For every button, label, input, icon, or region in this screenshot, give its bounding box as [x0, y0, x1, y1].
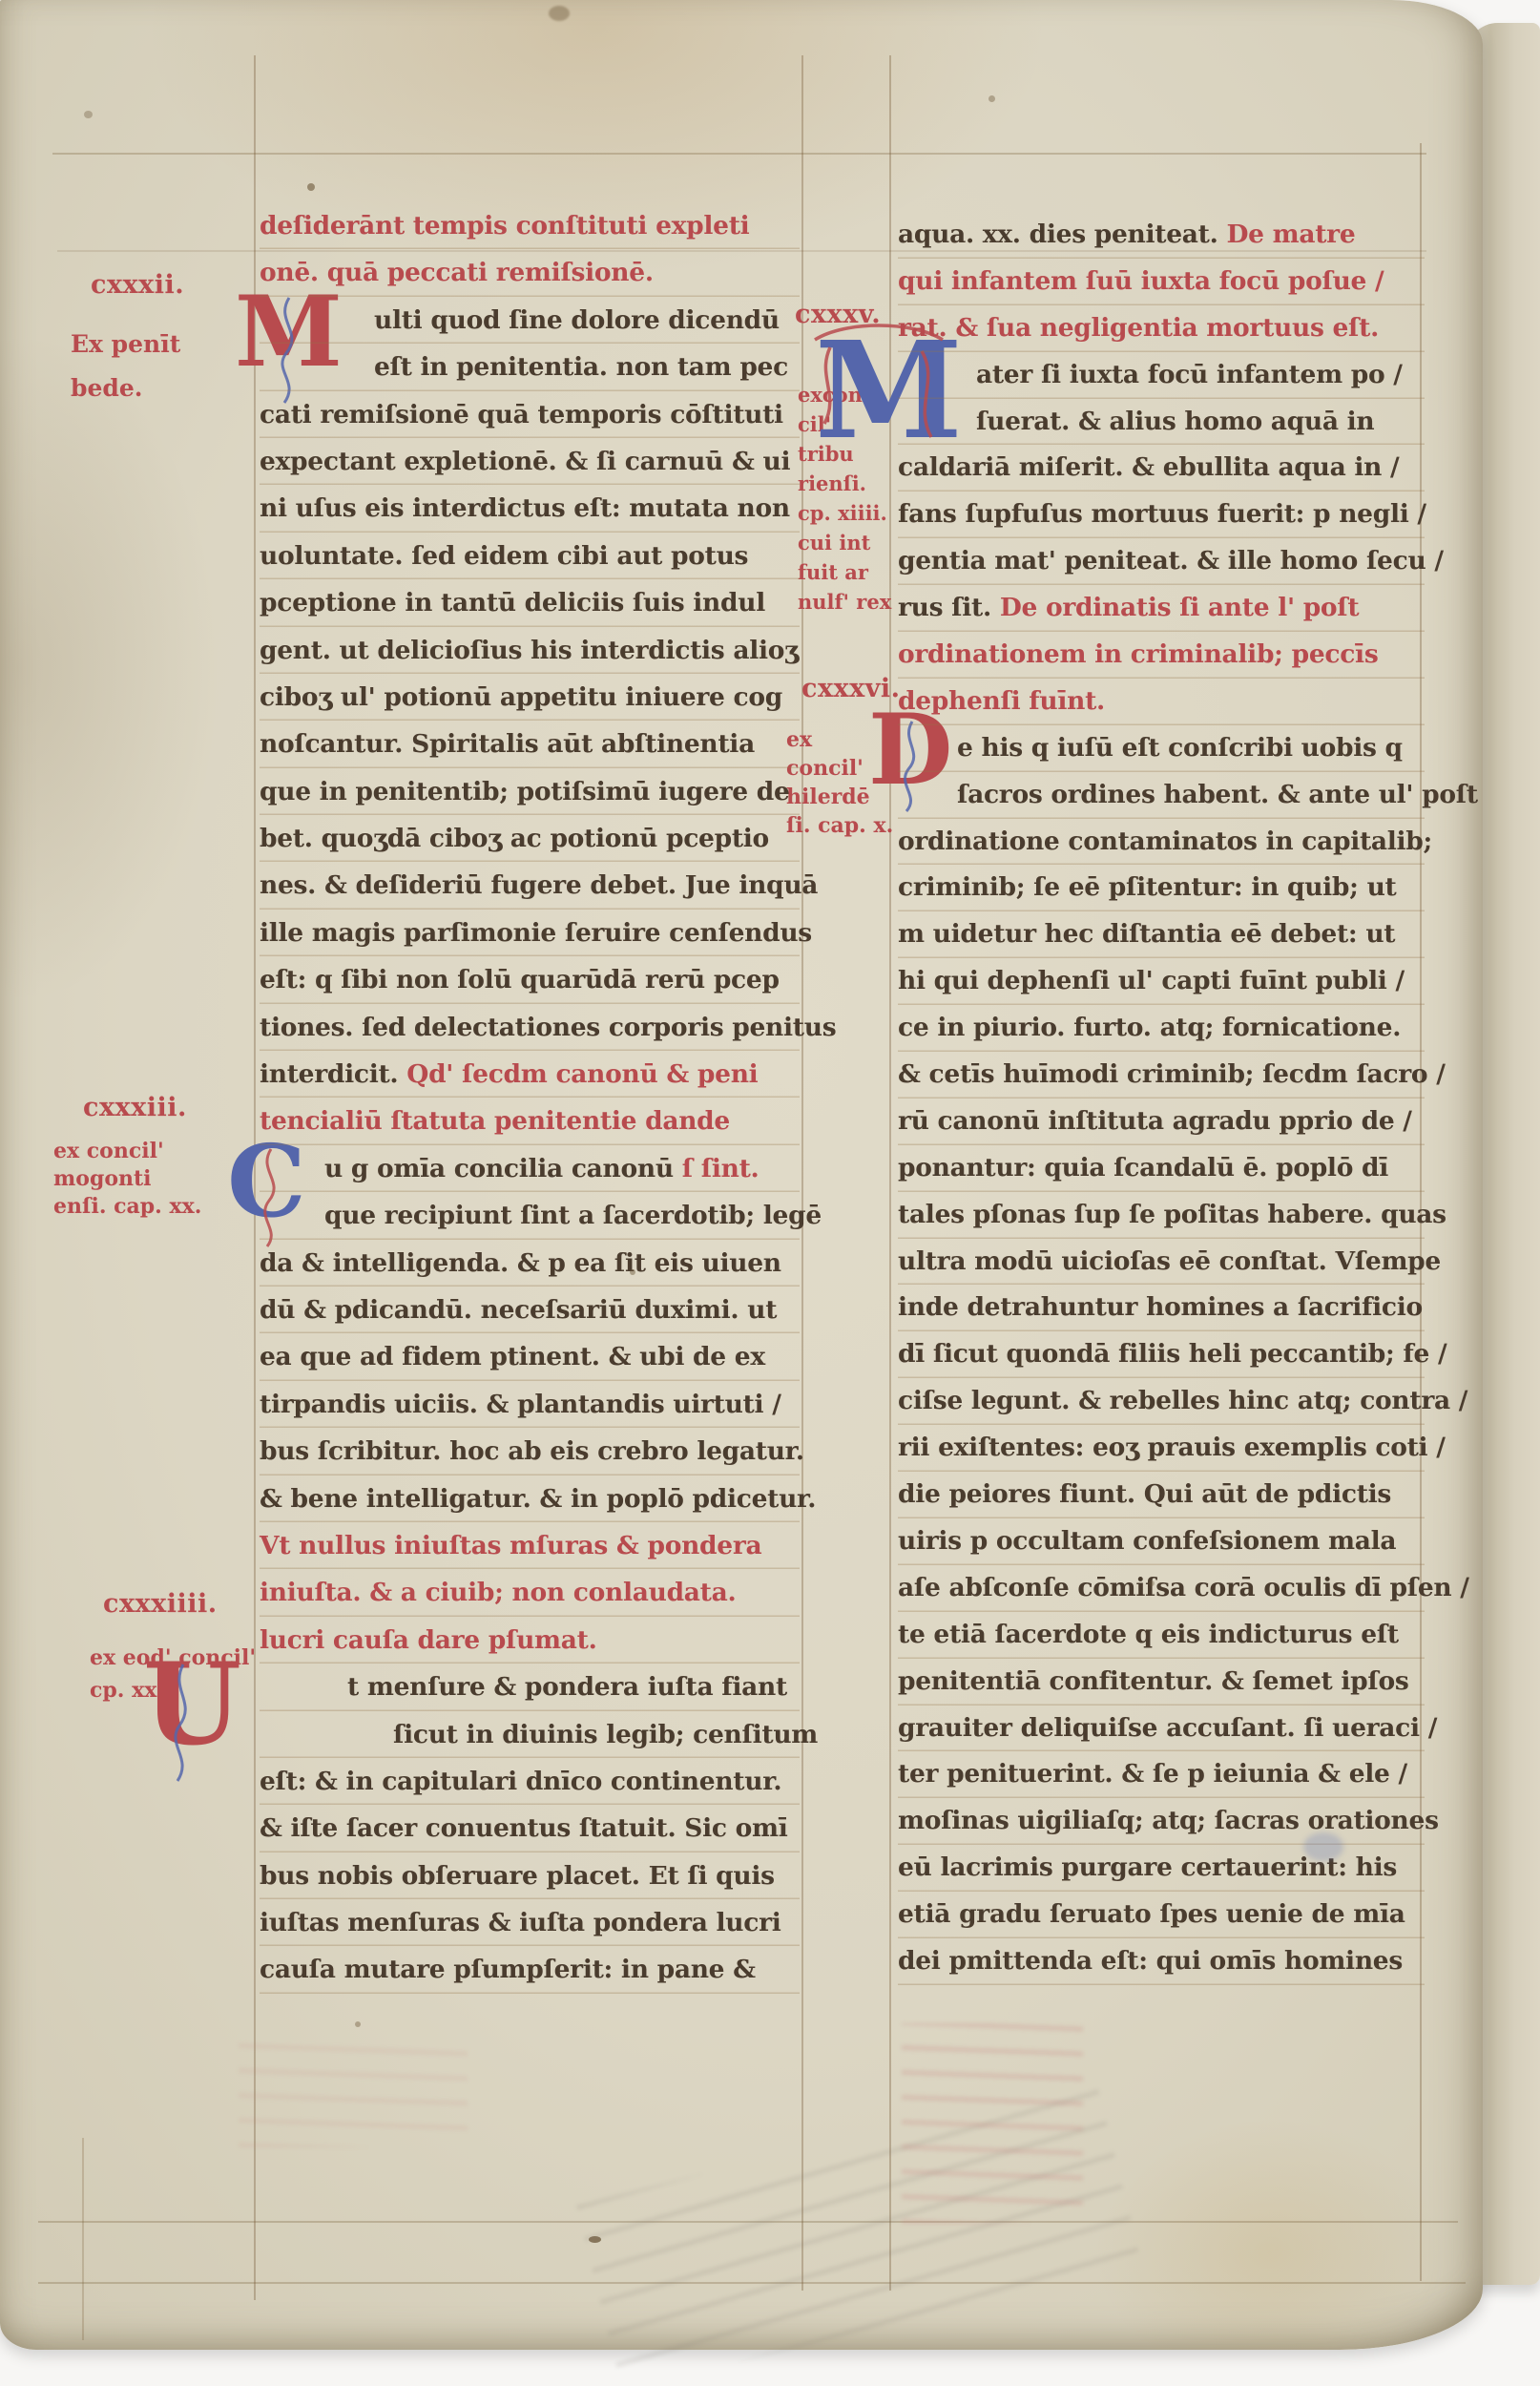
text-line: rat. & ſua negligentia mortuus eſt. [898, 305, 1425, 352]
rubric-text: deſiderānt tempis conſtituti expleti [260, 211, 749, 241]
rubric-text: ordinationem in criminalib; peccīs [898, 639, 1378, 669]
text-line: caldariā miſerit. & ebullita aqua in ∕ [898, 445, 1425, 492]
body-text: & iſte ſacer conuentus ſtatuit. Sic omī [260, 1813, 788, 1843]
body-text: caldariā miſerit. & ebullita aqua in ∕ [898, 452, 1399, 482]
body-text: & cetīs huīmodi criminib; ſecdm ſacro ∕ [898, 1059, 1446, 1089]
pigment-smudge [1303, 1832, 1343, 1861]
body-text: interdicit. [260, 1059, 406, 1089]
body-text: dū & pdicandū. neceſsariū duximi. ut [260, 1295, 777, 1325]
text-line: dī ſicut quondā filiis heli peccantib; f… [898, 1331, 1425, 1378]
body-text: eſt: & in capitulari dnīco continentur. [260, 1767, 781, 1796]
margin-note-line: bede. [71, 366, 180, 410]
body-text: noſcantur. Spiritalis aūt abſtinentia [260, 729, 755, 759]
text-line: & iſte ſacer conuentus ſtatuit. Sic omī [260, 1805, 800, 1852]
text-line: m uidetur hec diſtantia eē debet: ut [898, 911, 1425, 958]
text-line: & bene intelligatur. & in poplō pdicetur… [260, 1476, 800, 1522]
body-text: nes. & deſideriū fugere debet. Jue inquā [260, 870, 818, 900]
body-text: pceptione in tantū deliciis ſuis indul [260, 588, 765, 617]
rubric-text: dephenſi fuīnt. [898, 686, 1105, 716]
text-line: aqua. xx. dies peniteat. De matre [898, 212, 1425, 259]
body-text: bus ſcribitur. hoc ab eis crebro legatur… [260, 1436, 804, 1466]
text-line: tiones. ſed delectationes corporis penit… [260, 1004, 800, 1051]
body-text: ſacros ordines habent. & ante ul' poſt [957, 780, 1478, 809]
body-text: ſicut in diuinis legib; cenſitum [393, 1720, 818, 1749]
text-line: interdicit. Qd' ſecdm canonū & peni [260, 1051, 800, 1098]
body-text: ſuerat. & alius homo aquā in [976, 407, 1374, 436]
text-line: hi qui dephenſi ul' capti fuīnt publi ∕ [898, 958, 1425, 1005]
rubric-text: iniuſta. & a ciuib; non conlaudata. [260, 1578, 736, 1607]
body-text: t menſure & pondera iuſta fiant [347, 1672, 787, 1702]
text-line: t menſure & pondera iuſta fiant [260, 1664, 800, 1710]
body-text: te etiā ſacerdote q eis indicturus eſt [898, 1620, 1399, 1649]
text-line: ter penituerint. & ſe p ieiunia & ele ∕ [898, 1751, 1425, 1798]
body-text: aqua. xx. dies peniteat. [898, 220, 1226, 249]
body-text: & bene intelligatur. & in poplō pdicetur… [260, 1484, 816, 1514]
text-line: uiris p occultam confeſsionem mala [898, 1518, 1425, 1565]
text-line: ultra modū uicioſas eē conſtat. Vſempe [898, 1239, 1425, 1286]
text-line: ordinationem in criminalib; peccīs [898, 632, 1425, 679]
rubric-text: ſ ſint. [682, 1154, 760, 1183]
chapter-numeral-cxxxiii: cxxxiii. [83, 1093, 187, 1122]
text-line: ſuerat. & alius homo aquā in [898, 399, 1425, 446]
text-line: dū & pdicandū. neceſsariū duximi. ut [260, 1287, 800, 1333]
body-text: eſt in penitentia. non tam pec [374, 352, 788, 382]
text-line: die peiores fiunt. Qui aūt de pdictis [898, 1472, 1425, 1518]
body-text: dei pmittenda eſt: qui omīs homines [898, 1946, 1403, 1976]
show-through-rubric [902, 2023, 1083, 2224]
text-line: penitentiā confitentur. & ſemet ipſos [898, 1659, 1425, 1706]
text-line: criminib; ſe eē pſitentur: in quib; ut [898, 865, 1425, 911]
text-line: tirpandis uiciis. & plantandis uirtuti ∕ [260, 1381, 800, 1428]
parchment-leaf: cxxxii. Ex penītbede. cxxxiii. ex concil… [0, 0, 1483, 2350]
body-text: m uidetur hec diſtantia eē debet: ut [898, 919, 1395, 949]
body-text: rū canonū inſtituta agradu pprio de ∕ [898, 1106, 1412, 1136]
text-line: te etiā ſacerdote q eis indicturus eſt [898, 1612, 1425, 1659]
margin-note-line: rienſi. [798, 469, 891, 498]
manuscript-photo: cxxxii. Ex penītbede. cxxxiii. ex concil… [0, 0, 1540, 2386]
body-text: e his q iuſū eſt conſcribi uobis q [957, 733, 1403, 763]
text-line: ni uſus eis interdictus eſt: mutata non [260, 485, 800, 532]
text-line: bet. quoʒdā ciboʒ ac potionū pceptio [260, 815, 800, 862]
body-text: iuſtas menſuras & iuſta pondera lucri [260, 1908, 781, 1937]
rubric-text: De ordinatis ſi ante l' poſt [1000, 593, 1360, 622]
text-line: aſe abſconſe cōmiſsa corā oculis dī pſen… [898, 1565, 1425, 1612]
text-line: que recipiunt ſint a ſacerdotib; legē [260, 1192, 800, 1239]
body-text: cauſa mutare pſumpſerit: in pane & [260, 1955, 756, 1984]
text-line: da & intelligenda. & p ea ſit eis uiuen [260, 1240, 800, 1287]
text-line: inde detrahuntur homines a ſacrificio [898, 1285, 1425, 1331]
body-text: aſe abſconſe cōmiſsa corā oculis dī pſen… [898, 1573, 1469, 1602]
show-through-rubric [239, 2033, 468, 2147]
body-text: ea que ad fidem ptinent. & ubi de ex [260, 1342, 765, 1371]
text-line: eſt in penitentia. non tam pec [260, 344, 800, 390]
text-line: tencialiū ſtatuta penitentie dande [260, 1098, 800, 1144]
margin-note-line: ex concil' [53, 1138, 201, 1165]
ink-speck [307, 183, 315, 191]
rubric-text: tencialiū ſtatuta penitentie dande [260, 1106, 730, 1136]
margin-note-line: enſi. cap. xx. [53, 1193, 201, 1221]
stain-speck [549, 6, 570, 21]
text-line: eſt: q ſibi non ſolū quarūdā rerū pcep [260, 956, 800, 1003]
text-line: bus ſcribitur. hoc ab eis crebro legatur… [260, 1428, 800, 1475]
text-line: qui infantem ſuū iuxta focū poſue ∕ [898, 259, 1425, 305]
text-line: iuſtas menſuras & iuſta pondera lucri [260, 1899, 800, 1946]
text-line: ulti quod ſine dolore dicendū [260, 297, 800, 344]
margin-note-line: nulf' rex [798, 587, 891, 617]
body-text: gent. ut delicioſius his interdictis ali… [260, 636, 799, 665]
body-text: ater ſi iuxta focū infantem po ∕ [976, 360, 1403, 389]
margin-note-line: mogonti [53, 1165, 201, 1193]
text-line: expectant expletionē. & ſi carnuū & ui [260, 438, 800, 485]
source-note-ex-penit-bede: Ex penītbede. [71, 323, 180, 410]
text-line: gentia mat' peniteat. & ille homo ſecu ∕ [898, 538, 1425, 585]
text-line: rus ſit. De ordinatis ſi ante l' poſt [898, 585, 1425, 632]
margin-note-line: cui int [798, 528, 891, 557]
body-text: uoluntate. ſed eidem cibi aut potus [260, 541, 748, 571]
text-line: eū lacrimis purgare certauerint: his [898, 1845, 1425, 1892]
body-text: bus nobis obſeruare placet. Et ſi quis [260, 1861, 775, 1891]
text-line: moſinas uigiliaſq; atq; ſacras orationes [898, 1798, 1425, 1845]
text-line: ciſse legunt. & rebelles hinc atq; contr… [898, 1378, 1425, 1425]
text-line: bus nobis obſeruare placet. Et ſi quis [260, 1852, 800, 1899]
ruling-horizontal-top [52, 153, 1426, 155]
body-text: tales pſonas ſup ſe poſitas habere. quas [898, 1200, 1446, 1229]
rubric-text: lucri cauſa dare pſumat. [260, 1625, 597, 1655]
text-line: uoluntate. ſed eidem cibi aut potus [260, 533, 800, 579]
text-line: ponantur: quia ſcandalū ē. poplō dī [898, 1145, 1425, 1192]
text-line: eſt: & in capitulari dnīco continentur. [260, 1758, 800, 1805]
body-text: ter penituerint. & ſe p ieiunia & ele ∕ [898, 1759, 1407, 1789]
body-text: criminib; ſe eē pſitentur: in quib; ut [898, 872, 1396, 902]
text-line: iniuſta. & a ciuib; non conlaudata. [260, 1569, 800, 1616]
rubric-text: Qd' ſecdm canonū & peni [406, 1059, 758, 1089]
rubric-text: Vt nullus iniuſtas mſuras & pondera [260, 1531, 761, 1560]
text-line: ce in piurio. furto. atq; fornicatione. [898, 1005, 1425, 1052]
stain-speck [630, 1269, 635, 1275]
body-text: que in penitentib; potiſsimū iugere de [260, 777, 790, 806]
body-text: rii exiſtentes: eoʒ prauis exemplis coti… [898, 1433, 1446, 1462]
text-line: ſacros ordines habent. & ante ul' poſt [898, 772, 1425, 819]
body-text: uiris p occultam confeſsionem mala [898, 1526, 1396, 1556]
text-line: grauiter deliquiſse accuſant. ſi ueraci … [898, 1706, 1425, 1752]
chapter-numeral-cxxxiiii: cxxxiiii. [103, 1589, 218, 1619]
margin-note-line: fuit ar [798, 557, 891, 587]
body-text: grauiter deliquiſse accuſant. ſi ueraci … [898, 1713, 1437, 1743]
text-line: & cetīs huīmodi criminib; ſecdm ſacro ∕ [898, 1052, 1425, 1099]
text-line: ater ſi iuxta focū infantem po ∕ [898, 352, 1425, 399]
body-text: ciſse legunt. & rebelles hinc atq; contr… [898, 1386, 1467, 1415]
body-text: tiones. ſed delectationes corporis penit… [260, 1013, 836, 1042]
text-line: u g omīa concilia canonū ſ ſint. [260, 1145, 800, 1192]
body-text: ciboʒ ul' potionū appetitu iniuere cog [260, 682, 782, 712]
body-text: cati remiſsionē quā temporis cōſtituti [260, 400, 783, 429]
body-text: hi qui dephenſi ul' capti fuīnt publi ∕ [898, 966, 1405, 995]
body-text: dī ſicut quondā filiis heli peccantib; f… [898, 1339, 1446, 1369]
text-line: gent. ut delicioſius his interdictis ali… [260, 627, 800, 674]
body-text: que recipiunt ſint a ſacerdotib; legē [324, 1201, 822, 1230]
body-text: eſt: q ſibi non ſolū quarūdā rerū pcep [260, 965, 780, 994]
text-column-left: deſiderānt tempis conſtituti expletionē.… [260, 202, 800, 1994]
body-text: fans ſupfuſus mortuus fuerit: p negli ∕ [898, 499, 1426, 529]
text-line: dei pmittenda eſt: qui omīs homines [898, 1938, 1425, 1985]
text-line: que in penitentib; potiſsimū iugere de [260, 768, 800, 815]
body-text: etiā gradu ſeruato ſpes uenie de mīa [898, 1899, 1405, 1929]
text-line: ille magis parſimonie ſeruire cenſendus [260, 910, 800, 956]
body-text: u g omīa concilia canonū [324, 1154, 682, 1183]
body-text: da & intelligenda. & p ea ſit eis uiuen [260, 1248, 781, 1278]
body-text: die peiores fiunt. Qui aūt de pdictis [898, 1479, 1391, 1509]
text-line: deſiderānt tempis conſtituti expleti [260, 202, 800, 249]
text-line: Vt nullus iniuſtas mſuras & pondera [260, 1522, 800, 1569]
text-line: tales pſonas ſup ſe poſitas habere. quas [898, 1192, 1425, 1239]
text-line: etiā gradu ſeruato ſpes uenie de mīa [898, 1892, 1425, 1938]
rubric-text: rat. & ſua negligentia mortuus eſt. [898, 313, 1379, 343]
body-text: ultra modū uicioſas eē conſtat. Vſempe [898, 1246, 1441, 1276]
rubric-text: De matre [1226, 220, 1355, 249]
text-line: ſicut in diuinis legib; cenſitum [260, 1711, 800, 1758]
text-line: fans ſupfuſus mortuus fuerit: p negli ∕ [898, 492, 1425, 538]
stain-speck [355, 2021, 361, 2027]
source-note-ex-concilio-mogontiensi: ex concil'mogontienſi. cap. xx. [53, 1138, 201, 1221]
body-text: inde detrahuntur homines a ſacrificio [898, 1292, 1423, 1322]
text-line: nes. & deſideriū fugere debet. Jue inquā [260, 862, 800, 909]
text-line: pceptione in tantū deliciis ſuis indul [260, 579, 800, 626]
text-line: rii exiſtentes: eoʒ prauis exemplis coti… [898, 1425, 1425, 1472]
body-text: gentia mat' peniteat. & ille homo ſecu ∕ [898, 546, 1444, 576]
text-line: lucri cauſa dare pſumat. [260, 1617, 800, 1664]
stain-speck [1149, 1580, 1155, 1586]
text-line: rū canonū inſtituta agradu pprio de ∕ [898, 1099, 1425, 1145]
chapter-numeral-cxxxii: cxxxii. [91, 270, 184, 300]
margin-note-line: cp. xiiii. [798, 498, 891, 528]
body-text: tirpandis uiciis. & plantandis uirtuti ∕ [260, 1390, 781, 1419]
text-column-right: aqua. xx. dies peniteat. De matrequi inf… [898, 212, 1425, 1985]
text-line: cati remiſsionē quā temporis cōſtituti [260, 391, 800, 438]
margin-note-line: ſi. cap. x. [786, 811, 893, 840]
body-text: ulti quod ſine dolore dicendū [374, 305, 780, 335]
fold-crease [82, 2138, 84, 2340]
text-line: e his q iuſū eſt conſcribi uobis q [898, 725, 1425, 772]
text-line: onē. quā peccati remiſsionē. [260, 249, 800, 296]
text-line: noſcantur. Spiritalis aūt abſtinentia [260, 721, 800, 767]
body-text: expectant expletionē. & ſi carnuū & ui [260, 447, 790, 476]
body-text: penitentiā confitentur. & ſemet ipſos [898, 1666, 1408, 1696]
initial-glyph: U [143, 1653, 241, 1757]
body-text: moſinas uigiliaſq; atq; ſacras orationes [898, 1806, 1439, 1835]
drop-cap-initial-u-red: U [143, 1653, 241, 1757]
rubric-text: onē. quā peccati remiſsionē. [260, 258, 654, 287]
margin-note-line: Ex penīt [71, 323, 180, 366]
text-line: ea que ad fidem ptinent. & ubi de ex [260, 1333, 800, 1380]
body-text: ordinatione contaminatos in capitalib; [898, 827, 1432, 856]
text-line: ciboʒ ul' potionū appetitu iniuere cog [260, 674, 800, 721]
text-line: ordinatione contaminatos in capitalib; [898, 819, 1425, 866]
body-text: ille magis parſimonie ſeruire cenſendus [260, 918, 812, 948]
body-text: ponantur: quia ſcandalū ē. poplō dī [898, 1153, 1388, 1183]
stain-speck [84, 111, 93, 118]
stain-speck [989, 95, 995, 102]
body-text: ni uſus eis interdictus eſt: mutata non [260, 493, 790, 523]
text-line: dephenſi fuīnt. [898, 679, 1425, 725]
body-text: ce in piurio. furto. atq; fornicatione. [898, 1013, 1401, 1042]
body-text: rus ſit. [898, 593, 1000, 622]
text-line: cauſa mutare pſumpſerit: in pane & [260, 1946, 800, 1993]
body-text: bet. quoʒdā ciboʒ ac potionū pceptio [260, 824, 769, 853]
rubric-text: qui infantem ſuū iuxta focū poſue ∕ [898, 266, 1384, 296]
